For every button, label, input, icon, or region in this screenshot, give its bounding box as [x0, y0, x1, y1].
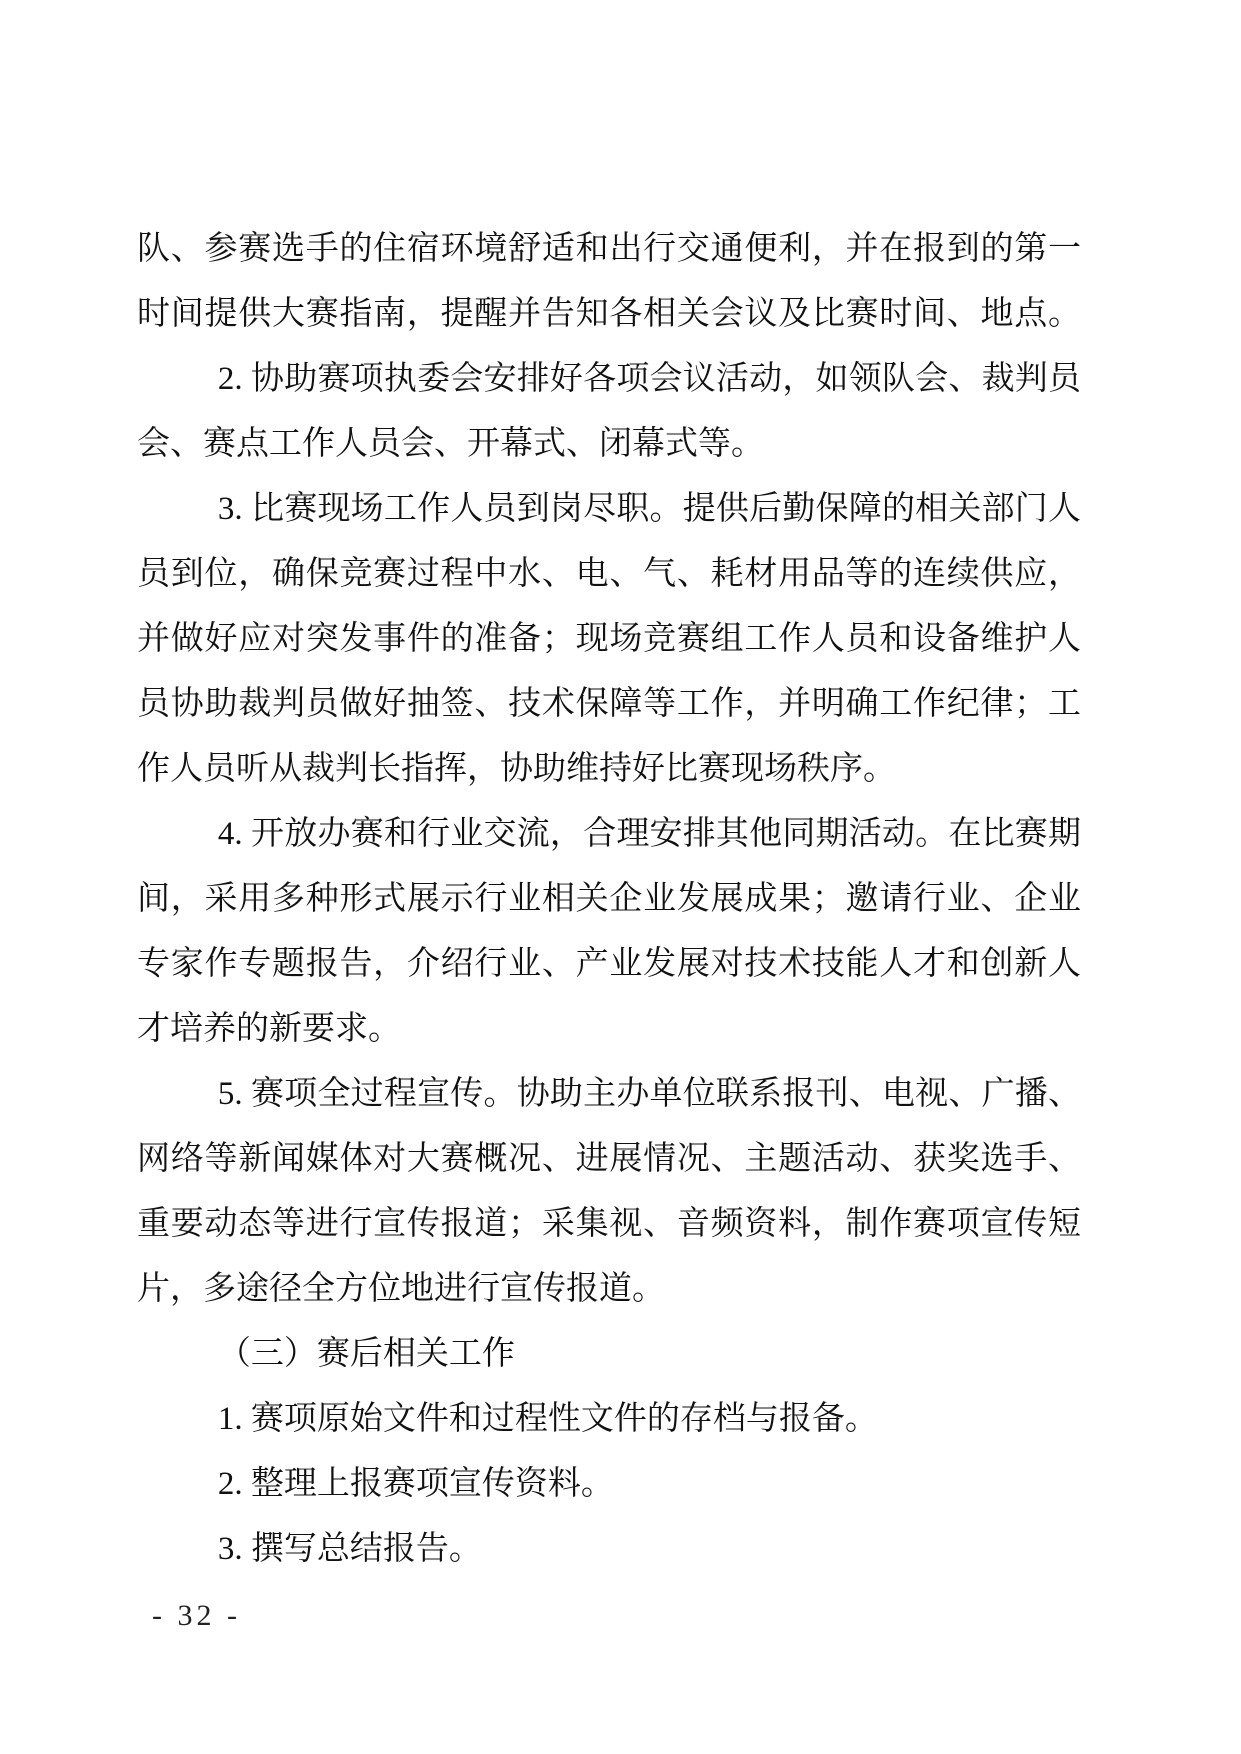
text-line: 专家作专题报告，介绍行业、产业发展对技术技能人才和创新人 [137, 932, 1081, 997]
text-line: （三）赛后相关工作 [137, 1322, 1081, 1387]
text-line: 片，多途径全方位地进行宣传报道。 [137, 1257, 1081, 1322]
text-line: 3. 撰写总结报告。 [137, 1517, 1081, 1582]
text-line: 5. 赛项全过程宣传。协助主办单位联系报刊、电视、广播、 [137, 1062, 1081, 1127]
text-line: 才培养的新要求。 [137, 997, 1081, 1062]
text-line: 时间提供大赛指南，提醒并告知各相关会议及比赛时间、地点。 [137, 282, 1081, 347]
text-line: 4. 开放办赛和行业交流，合理安排其他同期活动。在比赛期 [137, 802, 1081, 867]
document-page: 队、参赛选手的住宿环境舒适和出行交通便利，并在报到的第一时间提供大赛指南，提醒并… [0, 0, 1241, 1754]
text-line: 3. 比赛现场工作人员到岗尽职。提供后勤保障的相关部门人 [137, 477, 1081, 542]
text-line: 会、赛点工作人员会、开幕式、闭幕式等。 [137, 412, 1081, 477]
text-line: 间，采用多种形式展示行业相关企业发展成果；邀请行业、企业 [137, 867, 1081, 932]
text-line: 员协助裁判员做好抽签、技术保障等工作，并明确工作纪律；工 [137, 672, 1081, 737]
page-number: - 32 - [152, 1598, 241, 1634]
text-line: 作人员听从裁判长指挥，协助维持好比赛现场秩序。 [137, 737, 1081, 802]
text-line: 重要动态等进行宣传报道；采集视、音频资料，制作赛项宣传短 [137, 1192, 1081, 1257]
text-line: 员到位，确保竞赛过程中水、电、气、耗材用品等的连续供应， [137, 542, 1081, 607]
text-line: 2. 协助赛项执委会安排好各项会议活动，如领队会、裁判员 [137, 347, 1081, 412]
text-line: 并做好应对突发事件的准备；现场竞赛组工作人员和设备维护人 [137, 607, 1081, 672]
text-line: 1. 赛项原始文件和过程性文件的存档与报备。 [137, 1387, 1081, 1452]
text-line: 网络等新闻媒体对大赛概况、进展情况、主题活动、获奖选手、 [137, 1127, 1081, 1192]
text-line: 队、参赛选手的住宿环境舒适和出行交通便利，并在报到的第一 [137, 217, 1081, 282]
text-line: 2. 整理上报赛项宣传资料。 [137, 1452, 1081, 1517]
document-body: 队、参赛选手的住宿环境舒适和出行交通便利，并在报到的第一时间提供大赛指南，提醒并… [137, 217, 1081, 1582]
